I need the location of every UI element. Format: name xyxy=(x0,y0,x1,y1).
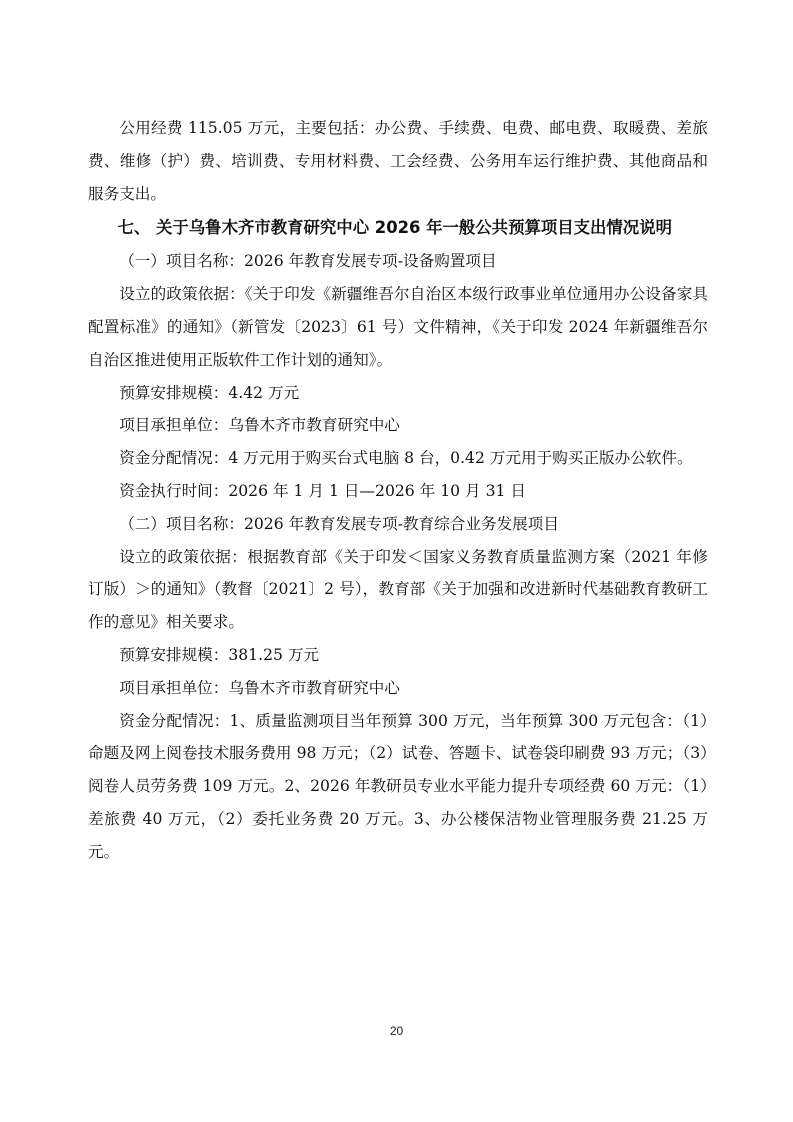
project-1-name: （一）项目名称：2026 年教育发展专项-设备购置项目 xyxy=(88,245,708,278)
document-body: 公用经费 115.05 万元，主要包括：办公费、手续费、电费、邮电费、取暖费、差… xyxy=(88,112,708,869)
project-1-policy-basis: 设立的政策依据：《关于印发《新疆维吾尔自治区本级行政事业单位通用办公设备家具配置… xyxy=(88,278,708,376)
section-heading-7: 七、 关于乌鲁木齐市教育研究中心 2026 年一般公共预算项目支出情况说明 xyxy=(88,211,708,244)
project-2-policy-basis: 设立的政策依据：根据教育部《关于印发＜国家义务教育质量监测方案（2021 年修订… xyxy=(88,541,708,639)
project-1-execution-time: 资金执行时间：2026 年 1 月 1 日—2026 年 10 月 31 日 xyxy=(88,475,708,508)
project-2-fund-allocation: 资金分配情况：1、质量监测项目当年预算 300 万元，当年预算 300 万元包含… xyxy=(88,705,708,869)
project-2-name: （二）项目名称：2026 年教育发展专项-教育综合业务发展项目 xyxy=(88,508,708,541)
project-1-fund-allocation: 资金分配情况：4 万元用于购买台式电脑 8 台，0.42 万元用于购买正版办公软… xyxy=(88,442,708,475)
page-number: 20 xyxy=(0,1024,793,1038)
project-1-unit: 项目承担单位：乌鲁木齐市教育研究中心 xyxy=(88,409,708,442)
project-2-budget-scale: 预算安排规模：381.25 万元 xyxy=(88,639,708,672)
project-1-budget-scale: 预算安排规模：4.42 万元 xyxy=(88,377,708,410)
paragraph-public-expenses: 公用经费 115.05 万元，主要包括：办公费、手续费、电费、邮电费、取暖费、差… xyxy=(88,112,708,210)
project-2-unit: 项目承担单位：乌鲁木齐市教育研究中心 xyxy=(88,672,708,705)
